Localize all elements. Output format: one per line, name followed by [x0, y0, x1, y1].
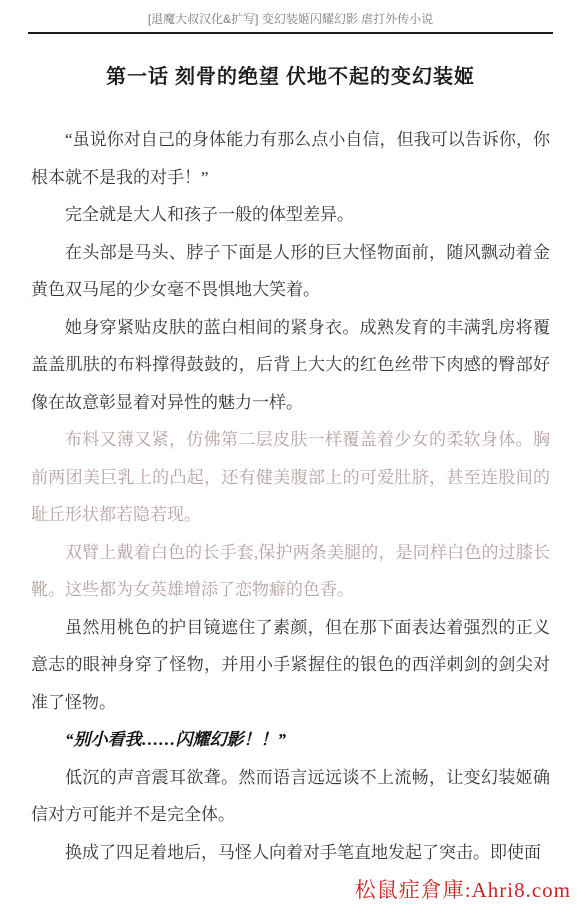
paragraph: 双臂上戴着白色的长手套,保护两条美腿的，是同样白色的过膝长靴。这些都为女英雄增添… — [31, 534, 550, 609]
paragraph: 她身穿紧贴皮肤的蓝白相间的紧身衣。成熟发育的丰满乳房将覆盖盖肌肤的布料撑得鼓鼓的… — [31, 309, 550, 422]
paragraph: 低沉的声音震耳欲聋。然而语言远远谈不上流畅，让变幻装姬确信对方可能并不是完全体。 — [31, 759, 550, 834]
paragraph: 完全就是大人和孩子一般的体型差异。 — [31, 196, 550, 234]
paragraph: 布料又薄又紧，仿佛第二层皮肤一样覆盖着少女的柔软身体。胸前两团美巨乳上的凸起，还… — [31, 421, 550, 534]
paragraph: 在头部是马头、脖子下面是人形的巨大怪物面前，随风飘动着金黄色双马尾的少女毫不畏惧… — [31, 234, 550, 309]
paragraph-list: “虽说你对自己的身体能力有那么点小自信，但我可以告诉你，你根本就不是我的对手！”… — [31, 121, 550, 871]
paragraph: 换成了四足着地后，马怪人向着对手笔直地发起了突击。即使面 — [31, 834, 550, 872]
page-header: [退魔大叔汉化&扩写] 变幻装姬闪耀幻影 虐打外传小说 — [28, 0, 553, 34]
document-page: [退魔大叔汉化&扩写] 变幻装姬闪耀幻影 虐打外传小说 第一话 刻骨的绝望 伏地… — [0, 0, 581, 908]
paragraph: “别小看我……闪耀幻影！！” — [31, 721, 550, 759]
watermark-link[interactable]: 松鼠症倉庫:Ahri8.com — [355, 874, 571, 904]
paragraph: “虽说你对自己的身体能力有那么点小自信，但我可以告诉你，你根本就不是我的对手！” — [31, 121, 550, 196]
chapter-title: 第一话 刻骨的绝望 伏地不起的变幻装姬 — [0, 60, 581, 89]
paragraph: 虽然用桃色的护目镜遮住了素颜，但在那下面表达着强烈的正义意志的眼神身穿了怪物，并… — [31, 609, 550, 722]
